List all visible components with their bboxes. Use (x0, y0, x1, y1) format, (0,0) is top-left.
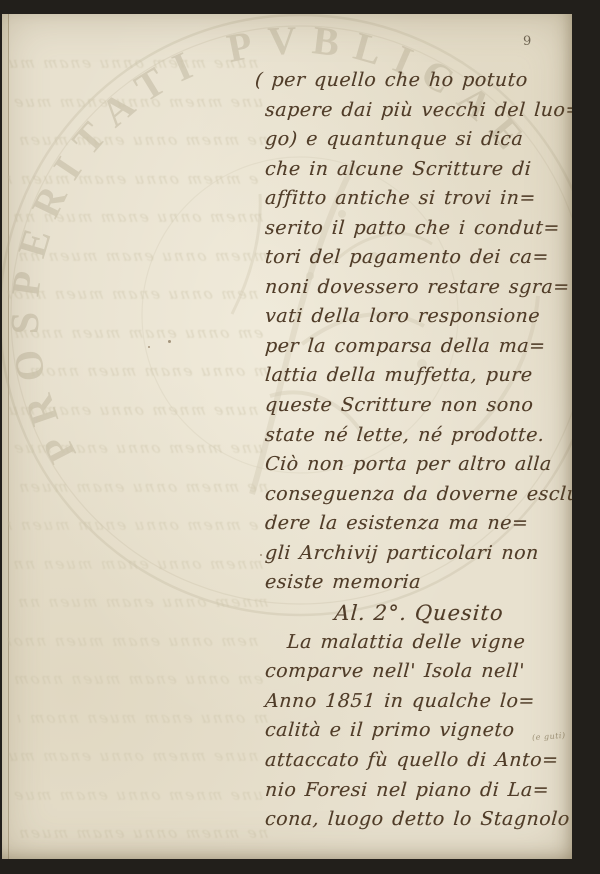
manuscript-line: cona, luogo detto lo Stagnolo (252, 805, 568, 835)
showthrough-line: mnem onnu enam muen nnom uenn amen nuem … (11, 555, 264, 573)
page-number: 9 (523, 34, 531, 49)
showthrough-line: nem onnu enam muen nnom uenn amen nuem o… (6, 632, 259, 650)
showthrough-line: nune mnem onnu enam muen nnom uenn amen … (6, 747, 259, 765)
showthrough-line: ne mnem onnu enam muen nnom uenn amen nu… (16, 824, 269, 842)
manuscript-line: tori del pagamento dei ca= (252, 243, 568, 273)
photographed-manuscript-page: PROSPERITATI PVBLICAE nune mnem onnu ena… (0, 0, 600, 874)
manuscript-line: conseguenza da doverne esclu= (252, 480, 568, 510)
showthrough-line: mnem onnu enam muen nnom uenn amen nuem … (16, 247, 269, 265)
manuscript-line: La malattia delle vigne (252, 628, 568, 658)
paragraph-1: ( per quello che ho potutosapere dai più… (253, 66, 567, 598)
ink-speck (260, 554, 262, 556)
manuscript-line: comparve nell' Isola nell' (252, 657, 568, 687)
manuscript-paper: PROSPERITATI PVBLICAE nune mnem onnu ena… (2, 14, 572, 859)
showthrough-line: e mnem onnu enam muen nnom uenn amen nue… (6, 516, 259, 534)
manuscript-line: ( per quello che ho potuto (252, 66, 568, 96)
manuscript-line: esiste memoria (252, 568, 568, 598)
page-gutter-edge (2, 14, 9, 859)
manuscript-line: attaccato fù quello di Anto= (252, 746, 568, 776)
manuscript-line: per la comparsa della ma= (252, 332, 568, 362)
showthrough-line: nune mnem onnu enam muen nnom uenn amen … (6, 401, 259, 419)
manuscript-text: ( per quello che ho potutosapere dai più… (253, 66, 567, 835)
showthrough-line: mnem onnu enam muen nnom uenn amen nuem … (11, 208, 264, 226)
showthrough-line: m onnu enam muen nnom uenn amen nuem onn… (16, 362, 269, 380)
manuscript-line: Ciò non porta per altro alla (252, 450, 568, 480)
showthrough-line: ne mnem onnu enam muen nnom uenn amen nu… (16, 131, 269, 149)
manuscript-line: Anno 1851 in qualche lo= (252, 687, 568, 717)
manuscript-line: affitto antiche si trovi in= (252, 184, 568, 214)
manuscript-line: sapere dai più vecchi del luo= (252, 96, 568, 126)
manuscript-line: nio Foresi nel piano di La= (252, 776, 568, 806)
manuscript-line: dere la esistenza ma ne= (252, 509, 568, 539)
showthrough-line: une mnem onnu enam muen nnom uenn amen n… (11, 786, 264, 804)
showthrough-line: em onnu enam muen nnom uenn amen nuem on… (11, 670, 264, 688)
manuscript-line: queste Scritture non sono (252, 391, 568, 421)
showthrough-line: em onnu enam muen nnom uenn amen nuem on… (11, 324, 264, 342)
showthrough-line: nem onnu enam muen nnom uenn amen nuem o… (6, 285, 259, 303)
paragraph-2: La malattia delle vignecomparve nell' Is… (253, 628, 567, 835)
manuscript-line: calità e il primo vigneto (252, 716, 568, 746)
manuscript-line: che in alcune Scritture di (252, 155, 568, 185)
manuscript-line: vati della loro responsione (252, 302, 568, 332)
ink-speck (168, 340, 171, 343)
manuscript-line: state né lette, né prodotte. (252, 421, 568, 451)
showthrough-line: m onnu enam muen nnom uenn amen nuem onn… (16, 709, 269, 727)
section-heading: Al. 2°. Quesito (252, 598, 568, 628)
manuscript-line: gli Archivij particolari non (252, 539, 568, 569)
showthrough-line: une mnem onnu enam muen nnom uenn amen n… (11, 93, 264, 111)
showthrough-line: e mnem onnu enam muen nnom uenn amen nue… (6, 170, 259, 188)
showthrough-line: ne mnem onnu enam muen nnom uenn amen nu… (16, 478, 269, 496)
manuscript-line: serito il patto che i condut= (252, 214, 568, 244)
showthrough-line: nune mnem onnu enam muen nnom uenn amen … (6, 54, 259, 72)
manuscript-line: go) e quantunque si dica (252, 125, 568, 155)
showthrough-line: une mnem onnu enam muen nnom uenn amen n… (11, 439, 264, 457)
ink-speck (148, 346, 150, 348)
showthrough-line: mnem onnu enam muen nnom uenn amen nuem … (16, 593, 269, 611)
manuscript-line: lattia della muffetta, pure (252, 361, 568, 391)
manuscript-line: noni dovessero restare sgra= (252, 273, 568, 303)
